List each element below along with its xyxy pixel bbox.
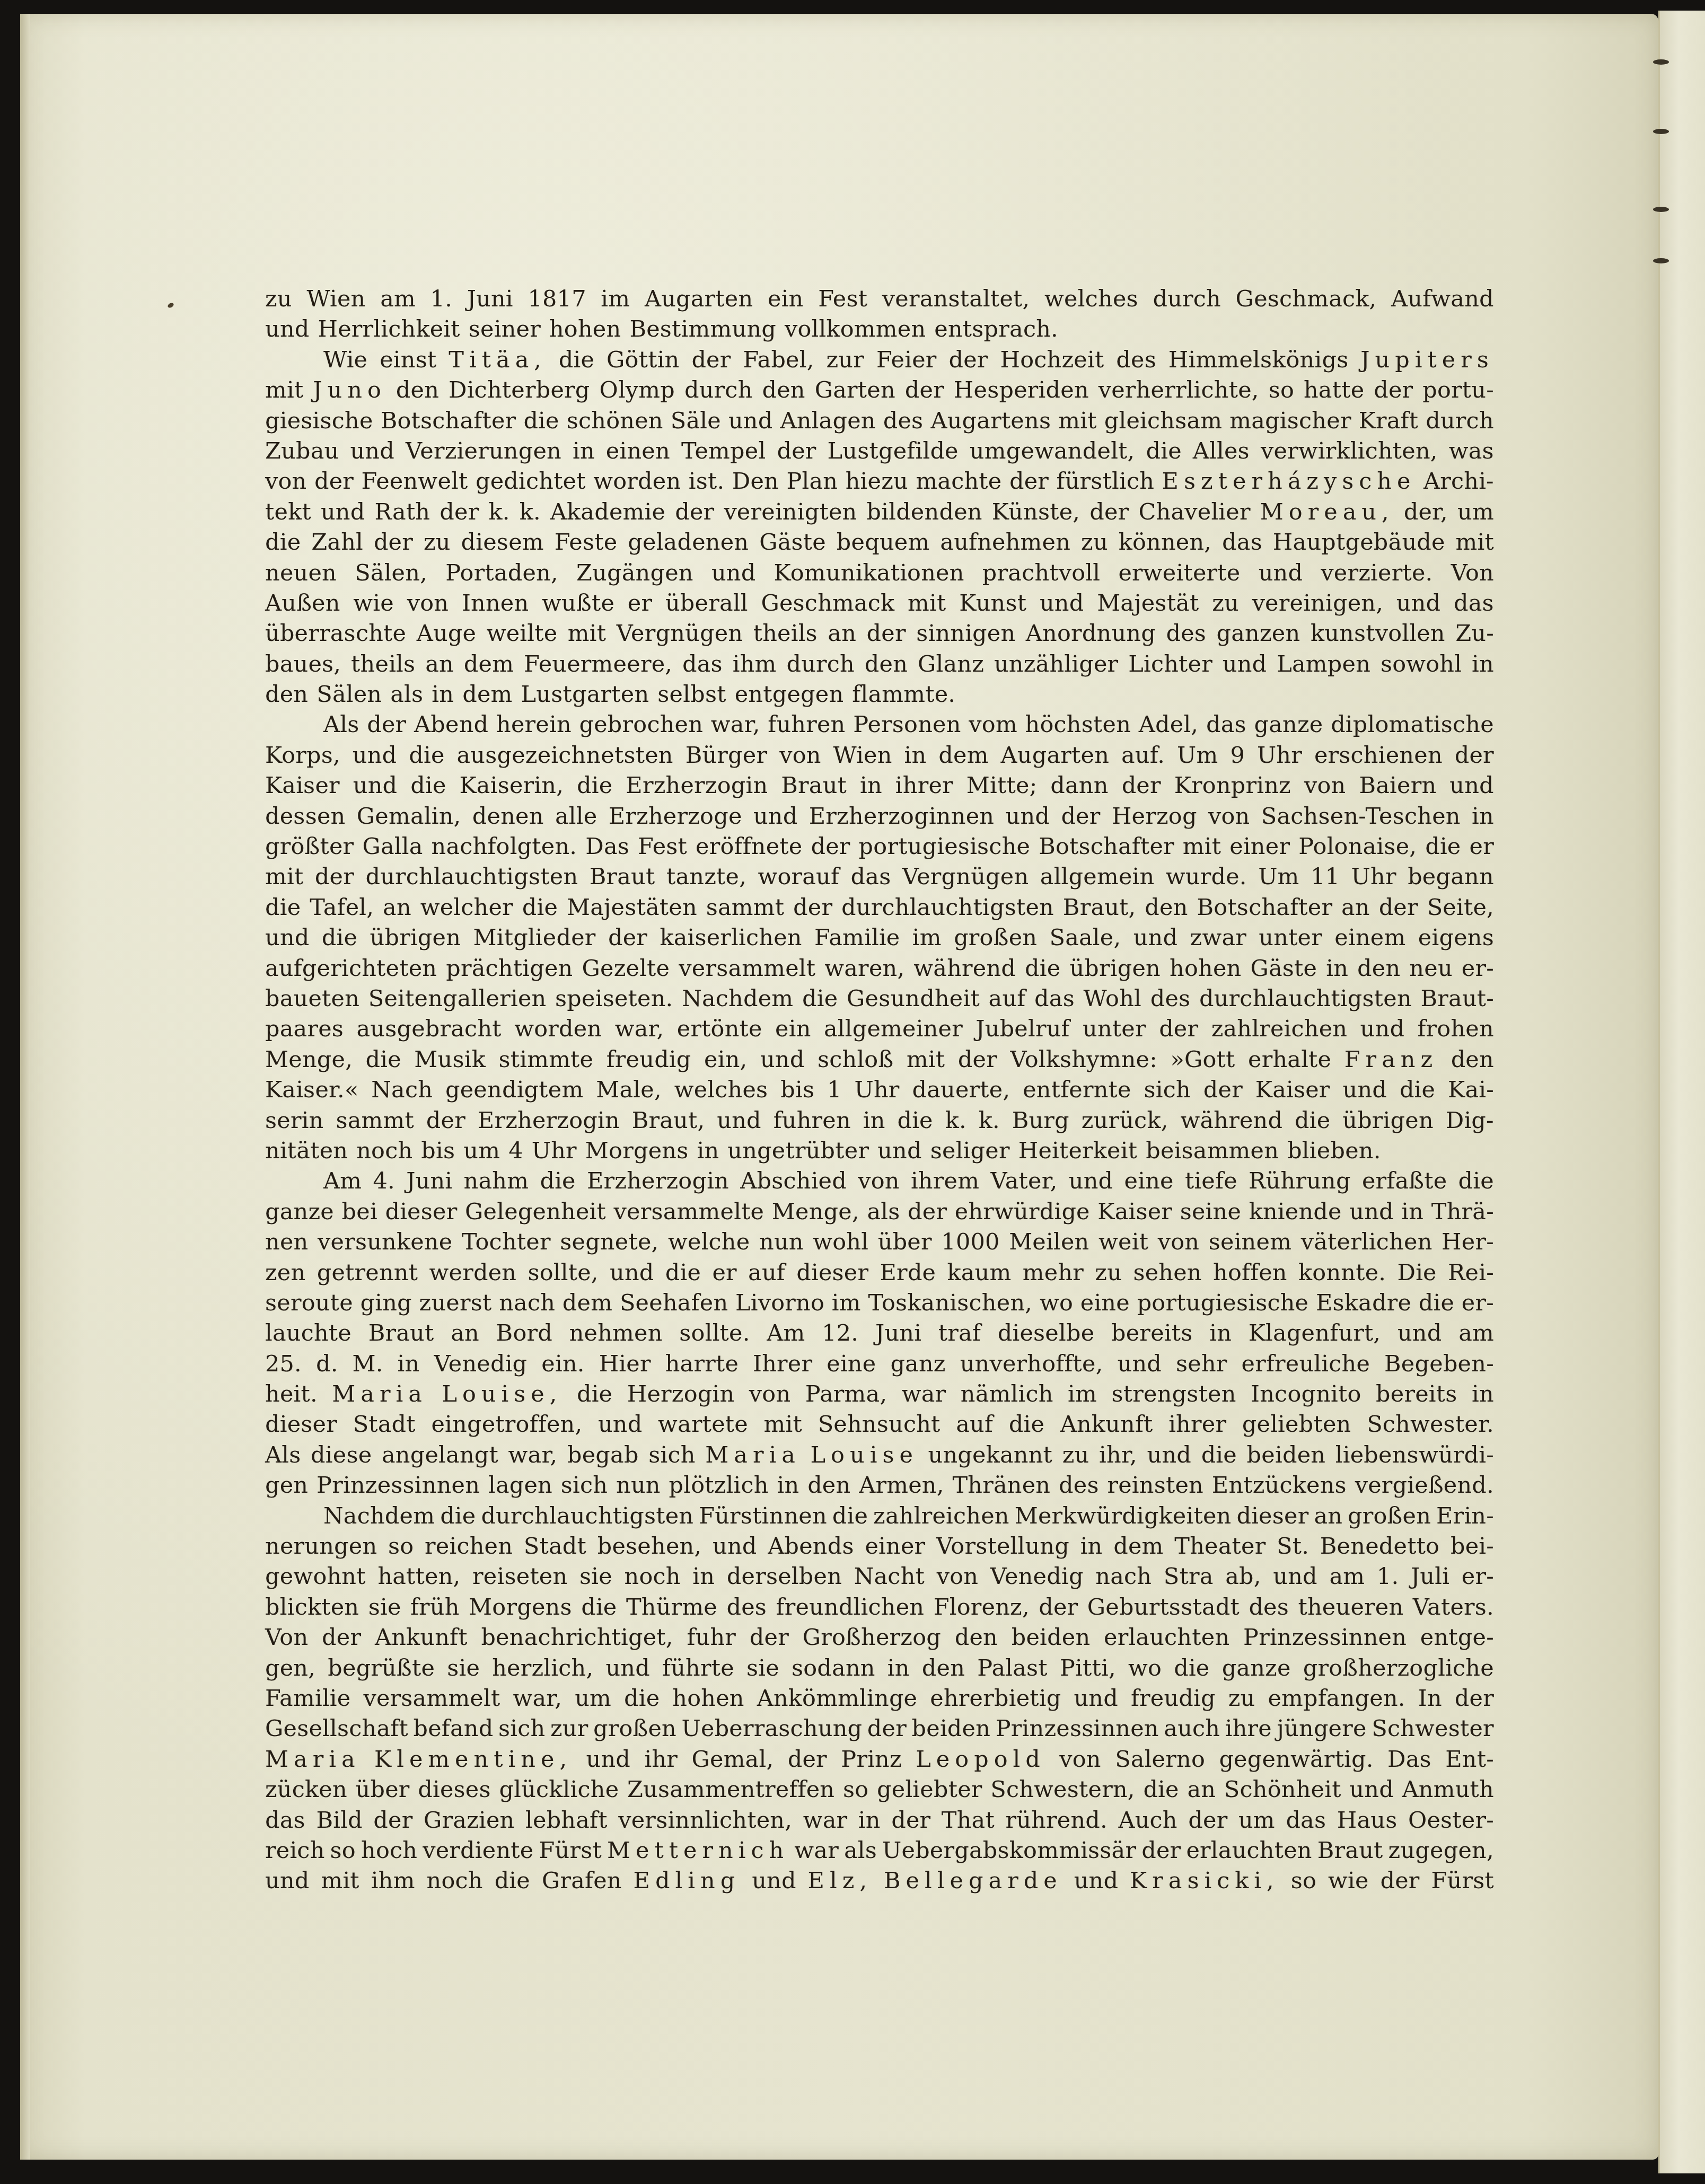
- text-line: dieZahlderzudiesemFestegeladenenGästebeq…: [265, 527, 1494, 558]
- text-line: VonderAnkunftbenachrichtiget,fuhrderGroß…: [265, 1623, 1494, 1653]
- text-line: nitätennochbisum4UhrMorgensinungetrübter…: [265, 1136, 1494, 1166]
- text-line: genPrinzessinnenlagensichnunplötzlichind…: [265, 1470, 1494, 1501]
- text-line: gen,begrüßtesieherzlich,undführtesiesoda…: [265, 1653, 1494, 1684]
- text-line: giesischeBotschafterdieschönenSäleundAnl…: [265, 406, 1494, 436]
- text-line: ganzebeidieserGelegenheitversammelteMeng…: [265, 1197, 1494, 1227]
- text-line: NachdemdiedurchlauchtigstenFürstinnendie…: [265, 1501, 1494, 1531]
- text-line: denSälenalsindemLustgartenselbstentgegen…: [265, 680, 1494, 710]
- text-line: größterGallanachfolgten.DasFesteröffnete…: [265, 832, 1494, 862]
- text-line: neuenSälen,Portaden,ZugängenundKomunikat…: [265, 558, 1494, 588]
- text-line: Familieversammeltwar,umdiehohenAnkömmlin…: [265, 1684, 1494, 1714]
- text-line: paaresausgebrachtwordenwar,ertönteeinall…: [265, 1014, 1494, 1044]
- text-line: reichsohochverdienteFürstMetternichwaral…: [265, 1836, 1494, 1866]
- text-line: mitderdurchlauchtigstenBrauttanzte,worau…: [265, 862, 1494, 892]
- text-line: nenversunkeneTochtersegnete,welchenunwoh…: [265, 1227, 1494, 1257]
- text-line: überraschteAugeweiltemitVergnügentheilsa…: [265, 619, 1494, 649]
- text-line: baues,theilsandemFeuermeere,dasihmdurchd…: [265, 649, 1494, 680]
- text-line: vonderFeenweltgedichtetwordenist.DenPlan…: [265, 466, 1494, 497]
- text-line: zengetrenntwerdensollte,unddieeraufdiese…: [265, 1258, 1494, 1288]
- text-line: GesellschaftbefandsichzurgroßenUeberrasc…: [265, 1714, 1494, 1744]
- text-line: lauchteBrautanBordnehmensollte.Am12.Juni…: [265, 1318, 1494, 1349]
- page-edge: [20, 14, 30, 2160]
- text-line: zuWienam1.Juni1817imAugarteneinFestveran…: [265, 284, 1494, 314]
- text-line: MariaKlementine,undihrGemal,derPrinzLeop…: [265, 1745, 1494, 1775]
- binding-stitch-mark: [1653, 207, 1669, 212]
- text-line: dieserStadteingetroffen,undwartetemitSeh…: [265, 1410, 1494, 1440]
- text-line: undmitihmnochdieGrafenEdlingundElz,Belle…: [265, 1866, 1494, 1896]
- binding-stitch-mark: [1653, 59, 1669, 65]
- text-line: mitJunodenDichterbergOlympdurchdenGarten…: [265, 375, 1494, 406]
- text-line: bauetenSeitengallerienspeiseten.Nachdemd…: [265, 984, 1494, 1014]
- text-line: Menge,dieMusikstimmtefreudigein,undschlo…: [265, 1045, 1494, 1075]
- text-line: nerungensoreichenStadtbesehen,undAbendse…: [265, 1531, 1494, 1562]
- text-line: serinsammtderErzherzoginBraut,undfuhreni…: [265, 1106, 1494, 1136]
- text-line: undHerrlichkeitseinerhohenBestimmungvoll…: [265, 314, 1494, 345]
- book-gutter: [1658, 11, 1705, 2173]
- text-line: dasBildderGrazienlebhaftversinnlichten,w…: [265, 1806, 1494, 1836]
- text-line: blicktensiefrühMorgensdieThürmedesfreund…: [265, 1592, 1494, 1623]
- text-line: Kaiser.«NachgeendigtemMale,welchesbis1Uh…: [265, 1075, 1494, 1105]
- text-line: tektundRathderk.k.Akademiedervereinigten…: [265, 497, 1494, 527]
- text-line: zückenüberdiesesglücklicheZusammentreffe…: [265, 1775, 1494, 1805]
- binding-stitch-mark: [1653, 258, 1669, 263]
- text-line: gewohnthatten,reisetensienochinderselben…: [265, 1562, 1494, 1592]
- text-line: ZubauundVerzierungenineinenTempelderLust…: [265, 436, 1494, 466]
- text-line: aufgerichtetenprächtigenGezelteversammel…: [265, 954, 1494, 984]
- body-text: zuWienam1.Juni1817imAugarteneinFestveran…: [265, 284, 1494, 1897]
- text-line: Am4.JuninahmdieErzherzoginAbschiedvonihr…: [265, 1166, 1494, 1196]
- text-line: WieeinstTitäa,dieGöttinderFabel,zurFeier…: [265, 345, 1494, 375]
- text-line: unddieübrigenMitgliederderkaiserlichenFa…: [265, 923, 1494, 953]
- text-line: AußenwievonInnenwußteerüberallGeschmackm…: [265, 588, 1494, 619]
- text-line: 25.d.M.inVenedigein.HierharrteIhrereineg…: [265, 1349, 1494, 1379]
- text-line: dieTafel,anwelcherdieMajestätensammtderd…: [265, 893, 1494, 923]
- text-line: seroutegingzuerstnachdemSeehafenLivornoi…: [265, 1288, 1494, 1318]
- text-line: KaiserunddieKaiserin,dieErzherzoginBraut…: [265, 771, 1494, 801]
- text-line: Alsdieseangelangtwar,begabsichMariaLouis…: [265, 1440, 1494, 1470]
- text-line: dessenGemalin,denenalleErzherzogeundErzh…: [265, 802, 1494, 832]
- binding-stitch-mark: [1653, 129, 1669, 134]
- text-line: AlsderAbendhereingebrochenwar,fuhrenPers…: [265, 710, 1494, 740]
- text-line: heit.MariaLouise,dieHerzoginvonParma,war…: [265, 1379, 1494, 1410]
- text-line: Korps,unddieausgezeichnetstenBürgervonWi…: [265, 741, 1494, 771]
